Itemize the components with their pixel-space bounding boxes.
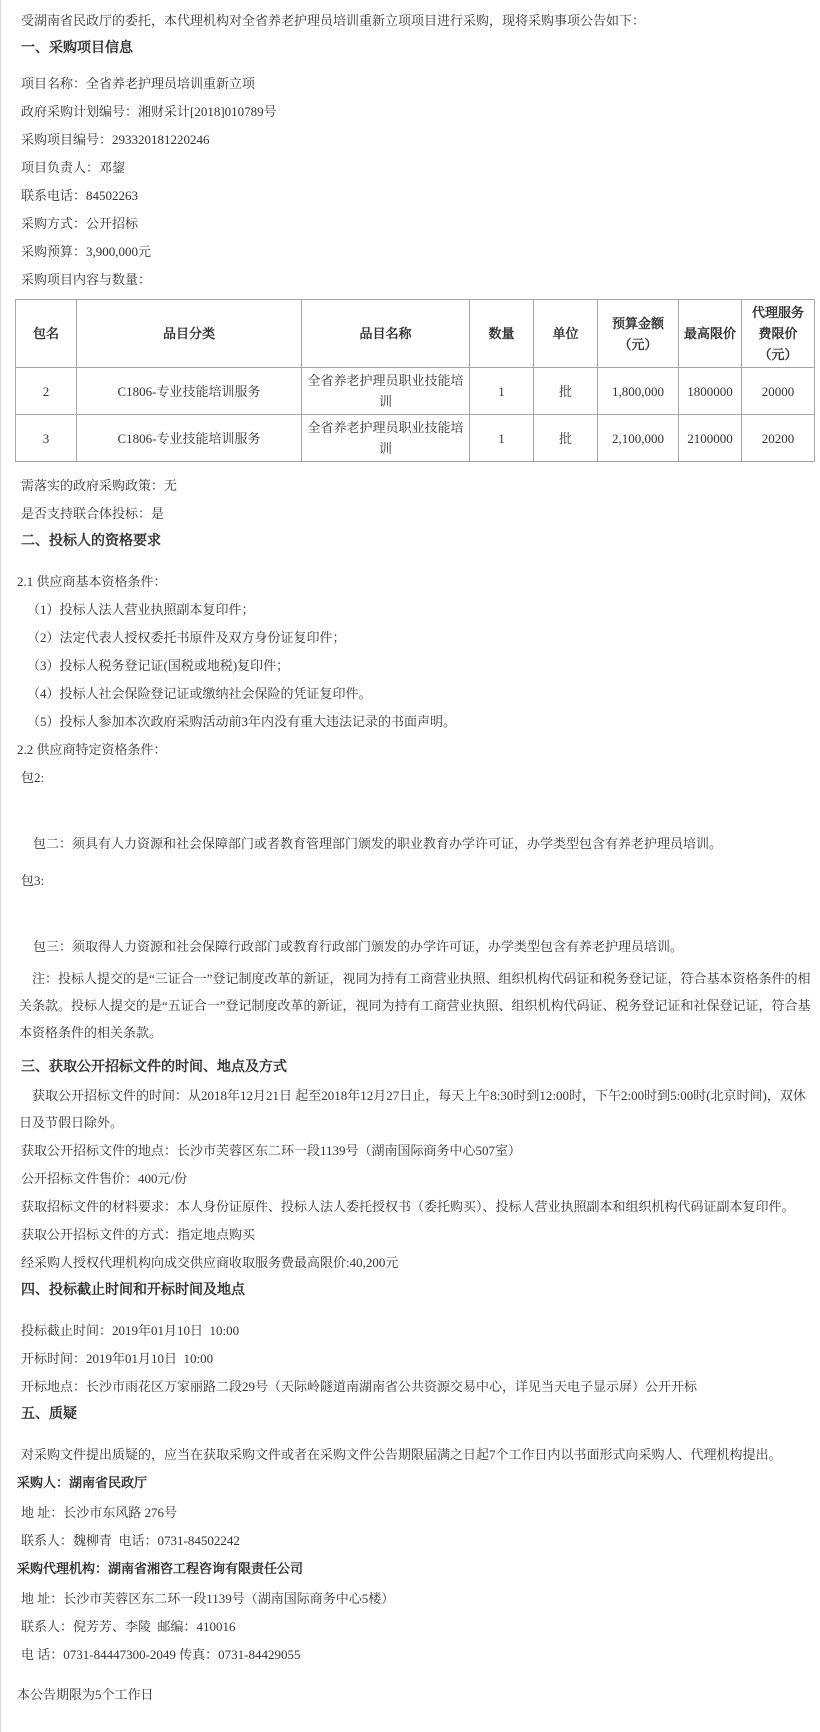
special-qualification-label: 2.2 供应商特定资格条件： [17,736,814,763]
joint-bid-line: 是否支持联合体投标：是 [17,500,814,527]
service-fee-limit: 经采购人授权代理机构向成交供应商收取服务费最高限价:40,200元 [17,1249,814,1276]
col-header-package: 包名 [16,300,77,368]
col-header-max-price: 最高限价 [679,300,742,368]
col-header-agency-fee: 代理服务费限价（元） [742,300,815,368]
agency-phone-line: 电 话：0731-84447300-2049 传真：0731-84429055 [17,1641,814,1668]
procurement-items-table: 包名 品目分类 品目名称 数量 单位 预算金额（元） 最高限价 代理服务费限价（… [15,299,815,462]
intro-text: 受湖南省民政厅的委托，本代理机构对全省养老护理员培训重新立项项目进行采购，现将采… [17,7,814,34]
agency-name-line: 采购代理机构：湖南省湘咨工程咨询有限责任公司 [17,1555,814,1582]
col-header-budget: 预算金额（元） [598,300,679,368]
cell-max-price: 1800000 [679,368,742,415]
col-header-unit: 单位 [534,300,598,368]
section4-title: 四、投标截止时间和开标时间及地点 [17,1277,814,1304]
cell-budget: 1,800,000 [598,368,679,415]
document-obtain-time: 获取公开招标文件的时间：从2018年12月21日 起至2018年12月27日止，… [19,1082,814,1136]
cell-agency-fee: 20200 [742,415,815,462]
qualification-item-1: （1）投标人法人营业执照副本复印件； [17,596,814,623]
cell-package: 3 [16,415,77,462]
qualification-item-5: （5）投标人参加本次政府采购活动前3年内没有重大违法记录的书面声明。 [17,708,814,735]
table-header-row: 包名 品目分类 品目名称 数量 单位 预算金额（元） 最高限价 代理服务费限价（… [16,300,815,368]
procurement-method-line: 采购方式：公开招标 [17,210,814,237]
query-instructions: 对采购文件提出质疑的，应当在获取采购文件或者在采购文件公告期限届满之日起7个工作… [17,1441,814,1468]
cell-quantity: 1 [470,415,534,462]
package2-requirement: 包二：须具有人力资源和社会保障部门或者教育管理部门颁发的职业教育办学许可证，办学… [17,830,814,857]
plan-number-line: 政府采购计划编号：湘财采计[2018]010789号 [17,98,814,125]
cell-quantity: 1 [470,368,534,415]
qualification-item-2: （2）法定代表人授权委托书原件及双方身份证复印件； [17,624,814,651]
table-row: 3 C1806-专业技能培训服务 全省养老护理员职业技能培训 1 批 2,100… [16,415,815,462]
policy-line: 需落实的政府采购政策：无 [17,472,814,499]
agency-address-line: 地 址：长沙市芙蓉区东二环一段1139号（湖南国际商务中心5楼） [17,1585,814,1612]
document-material-requirements: 获取招标文件的材料要求：本人身份证原件、投标人法人委托授权书（委托购买）、投标人… [17,1193,814,1220]
section1-title: 一、采购项目信息 [17,35,814,62]
contact-phone-line: 联系电话：84502263 [17,182,814,209]
package3-label: 包3: [17,867,814,894]
cell-category: C1806-专业技能培训服务 [77,368,302,415]
cell-agency-fee: 20000 [742,368,815,415]
cell-category: C1806-专业技能培训服务 [77,415,302,462]
bid-deadline-line: 投标截止时间：2019年01月10日 10:00 [17,1317,814,1344]
table-row: 2 C1806-专业技能培训服务 全省养老护理员职业技能培训 1 批 1,800… [16,368,815,415]
cell-unit: 批 [534,368,598,415]
project-number-line: 采购项目编号：293320181220246 [17,126,814,153]
col-header-category: 品目分类 [77,300,302,368]
purchaser-address-line: 地 址：长沙市东风路 276号 [17,1499,814,1526]
announcement-validity-line: 本公告期限为5个工作日 [17,1681,814,1708]
agency-contact-line: 联系人：倪芳芳、李陵 邮编：410016 [17,1613,814,1640]
col-header-quantity: 数量 [470,300,534,368]
section3-title: 三、获取公开招标文件的时间、地点及方式 [17,1054,814,1081]
cell-budget: 2,100,000 [598,415,679,462]
package3-requirement: 包三：须取得人力资源和社会保障行政部门或教育行政部门颁发的办学许可证，办学类型包… [17,933,814,960]
document-obtain-place: 获取公开招标文件的地点：长沙市芙蓉区东二环一段1139号（湖南国际商务中心507… [17,1137,814,1164]
content-quantity-label: 采购项目内容与数量： [17,266,814,293]
cell-item-name: 全省养老护理员职业技能培训 [302,415,470,462]
qualification-item-4: （4）投标人社会保险登记证或缴纳社会保险的凭证复印件。 [17,680,814,707]
bid-opening-time-line: 开标时间：2019年01月10日 10:00 [17,1345,814,1372]
section5-title: 五、质疑 [17,1401,814,1428]
cell-item-name: 全省养老护理员职业技能培训 [302,368,470,415]
section2-title: 二、投标人的资格要求 [17,528,814,555]
purchaser-name-line: 采购人：湖南省民政厅 [17,1469,814,1496]
procurement-announcement-page: 受湖南省民政厅的委托，本代理机构对全省养老护理员培训重新立项项目进行采购，现将采… [0,0,820,1732]
project-name-line: 项目名称：全省养老护理员培训重新立项 [17,70,814,97]
package2-label: 包2: [17,764,814,791]
cell-unit: 批 [534,415,598,462]
bid-opening-place-line: 开标地点：长沙市雨花区万家丽路二段29号（天际岭隧道南湖南省公共资源交易中心，详… [17,1373,814,1400]
document-obtain-method: 获取公开招标文件的方式：指定地点购买 [17,1221,814,1248]
budget-line: 采购预算：3,900,000元 [17,238,814,265]
col-header-item-name: 品目名称 [302,300,470,368]
purchaser-contact-line: 联系人：魏柳青 电话：0731-84502242 [17,1527,814,1554]
certificates-note: 注：投标人提交的是“三证合一”登记制度改革的新证，视同为持有工商营业执照、组织机… [19,965,814,1046]
cell-max-price: 2100000 [679,415,742,462]
project-manager-line: 项目负责人：邓鋆 [17,154,814,181]
document-price: 公开招标文件售价：400元/份 [17,1165,814,1192]
basic-qualification-label: 2.1 供应商基本资格条件： [17,568,814,595]
qualification-item-3: （3）投标人税务登记证(国税或地税)复印件； [17,652,814,679]
cell-package: 2 [16,368,77,415]
